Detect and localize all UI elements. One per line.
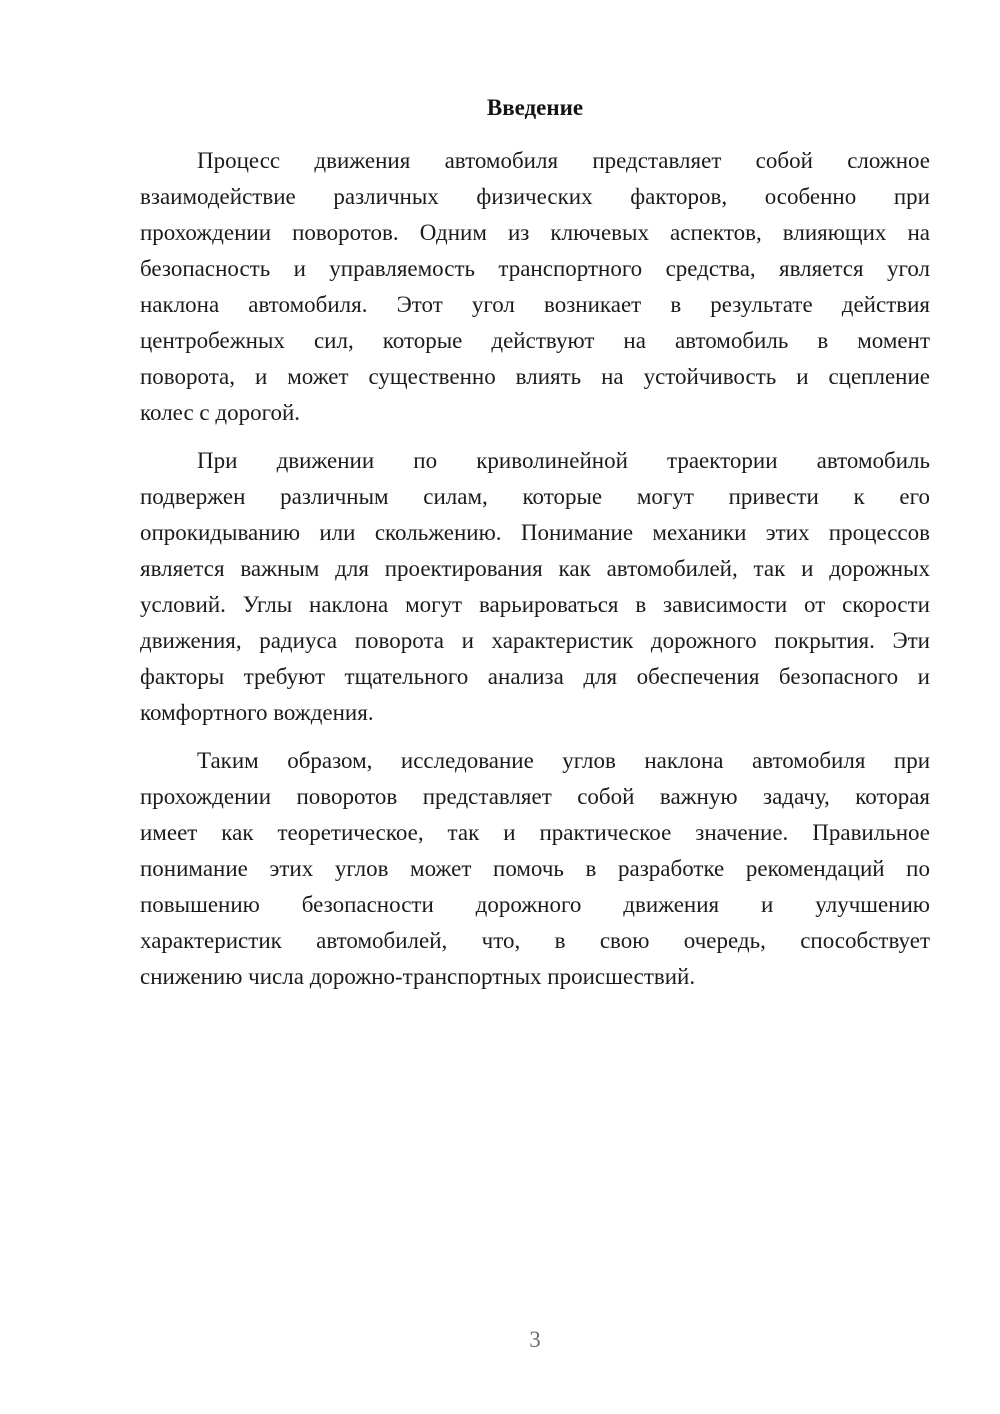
text-line: повышению безопасности дорожного движени… (140, 887, 930, 923)
text-line: При движении по криволинейной траектории… (140, 443, 930, 479)
text-line: имеет как теоретическое, так и практичес… (140, 815, 930, 851)
text-line: опрокидыванию или скольжению. Понимание … (140, 515, 930, 551)
text-line: наклона автомобиля. Этот угол возникает … (140, 287, 930, 323)
text-line: центробежных сил, которые действуют на а… (140, 323, 930, 359)
text-line: снижению числа дорожно-транспортных прои… (140, 959, 930, 995)
text-line: поворота, и может существенно влиять на … (140, 359, 930, 395)
text-line: понимание этих углов может помочь в разр… (140, 851, 930, 887)
page-title: Введение (140, 90, 930, 126)
paragraphs: Процесс движения автомобиля представляет… (140, 143, 930, 995)
page-content: Введение Процесс движения автомобиля пре… (140, 90, 930, 995)
text-line: прохождении поворотов представляет собой… (140, 779, 930, 815)
text-line: прохождении поворотов. Одним из ключевых… (140, 215, 930, 251)
page-number: 3 (140, 1322, 930, 1358)
text-line: условий. Углы наклона могут варьироватьс… (140, 587, 930, 623)
text-line: безопасность и управляемость транспортно… (140, 251, 930, 287)
text-line: взаимодействие различных физических факт… (140, 179, 930, 215)
text-line: подвержен различным силам, которые могут… (140, 479, 930, 515)
text-line: движения, радиуса поворота и характерист… (140, 623, 930, 659)
text-line: комфортного вождения. (140, 695, 930, 731)
text-line: колес с дорогой. (140, 395, 930, 431)
text-line: факторы требуют тщательного анализа для … (140, 659, 930, 695)
paragraph: Таким образом, исследование углов наклон… (140, 743, 930, 995)
text-line: является важным для проектирования как а… (140, 551, 930, 587)
text-line: характеристик автомобилей, что, в свою о… (140, 923, 930, 959)
document-page: Введение Процесс движения автомобиля пре… (0, 0, 1000, 1414)
paragraph: При движении по криволинейной траектории… (140, 443, 930, 731)
paragraph: Процесс движения автомобиля представляет… (140, 143, 930, 431)
text-line: Процесс движения автомобиля представляет… (140, 143, 930, 179)
text-line: Таким образом, исследование углов наклон… (140, 743, 930, 779)
